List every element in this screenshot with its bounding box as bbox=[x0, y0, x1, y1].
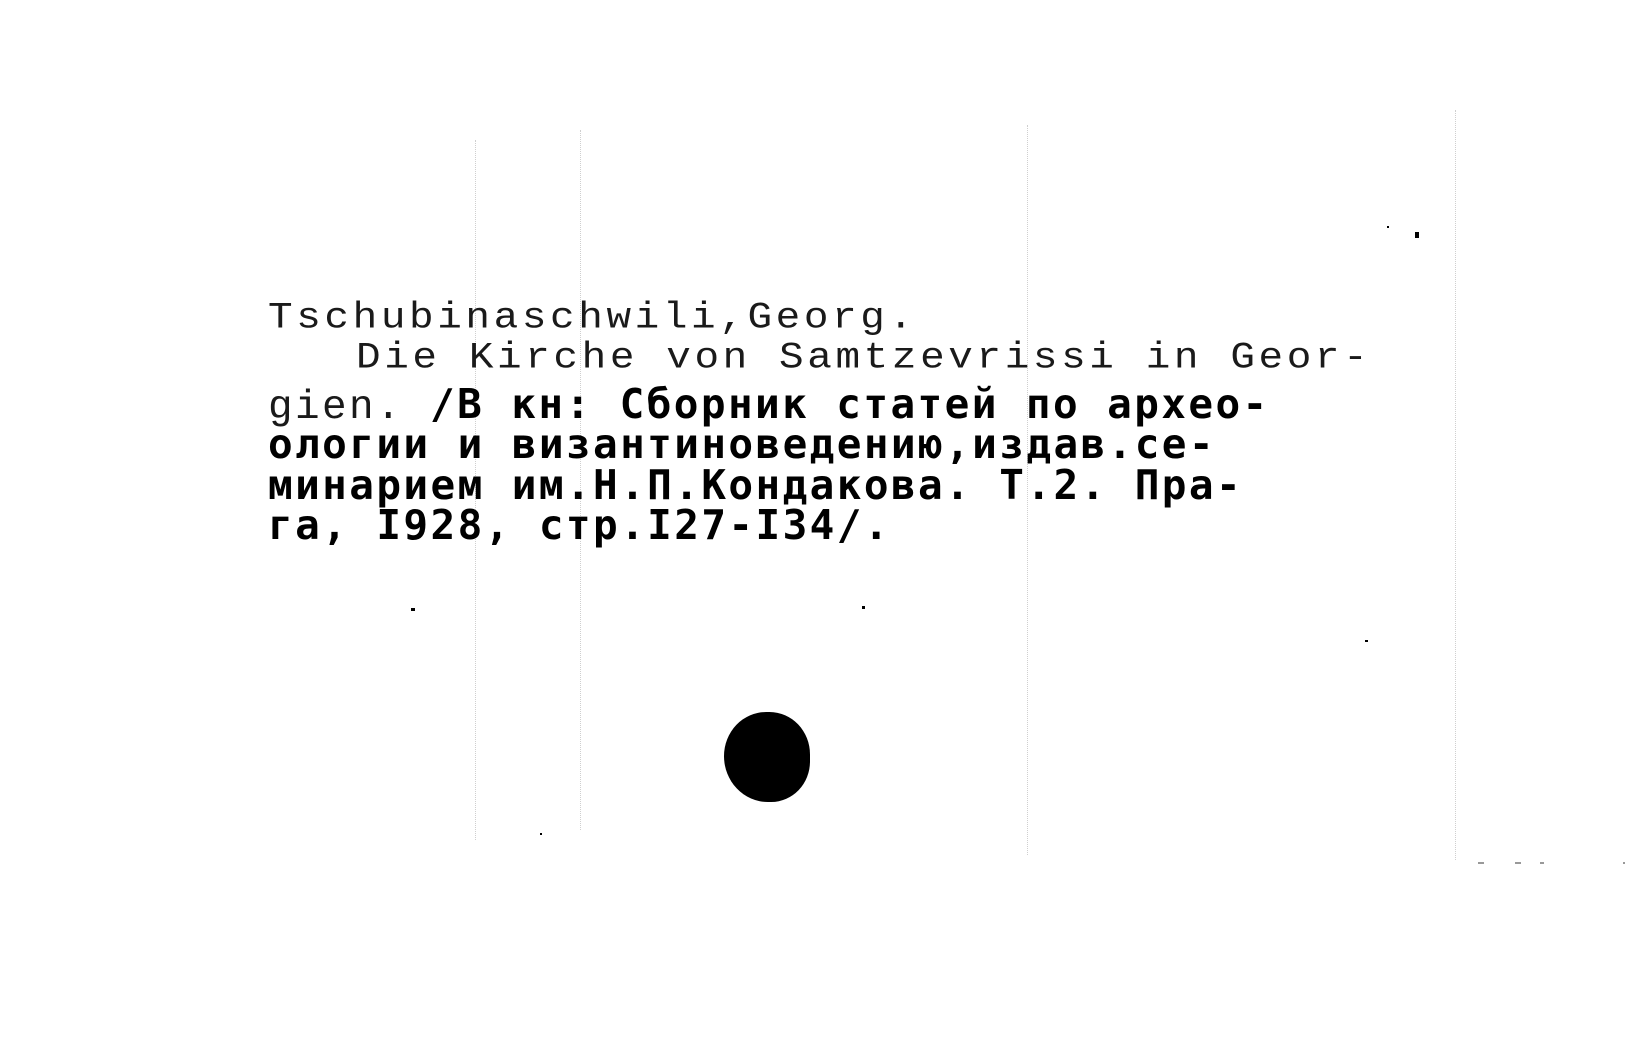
punch-hole bbox=[724, 712, 810, 802]
scan-speck bbox=[862, 606, 865, 609]
scan-speck bbox=[1478, 862, 1484, 864]
scan-speck bbox=[1515, 862, 1521, 864]
scan-speck bbox=[1540, 862, 1544, 864]
scan-speck bbox=[1387, 226, 1389, 228]
author-heading: Tschubinaschwili,Georg. bbox=[268, 298, 917, 339]
title-line-1: Die Kirche von Samtzevrissi in Geor- bbox=[356, 338, 1371, 379]
scan-speck bbox=[411, 608, 415, 611]
source-line-3: га, I928, стр.I27-I34/. bbox=[268, 501, 891, 549]
scan-speck bbox=[1365, 640, 1368, 642]
scan-speck bbox=[540, 833, 542, 835]
scan-artifact-line bbox=[1455, 110, 1457, 860]
scan-speck bbox=[1415, 232, 1419, 238]
scan-speck bbox=[1623, 862, 1625, 864]
catalog-card: Tschubinaschwili,Georg. Die Kirche von S… bbox=[0, 0, 1632, 1056]
